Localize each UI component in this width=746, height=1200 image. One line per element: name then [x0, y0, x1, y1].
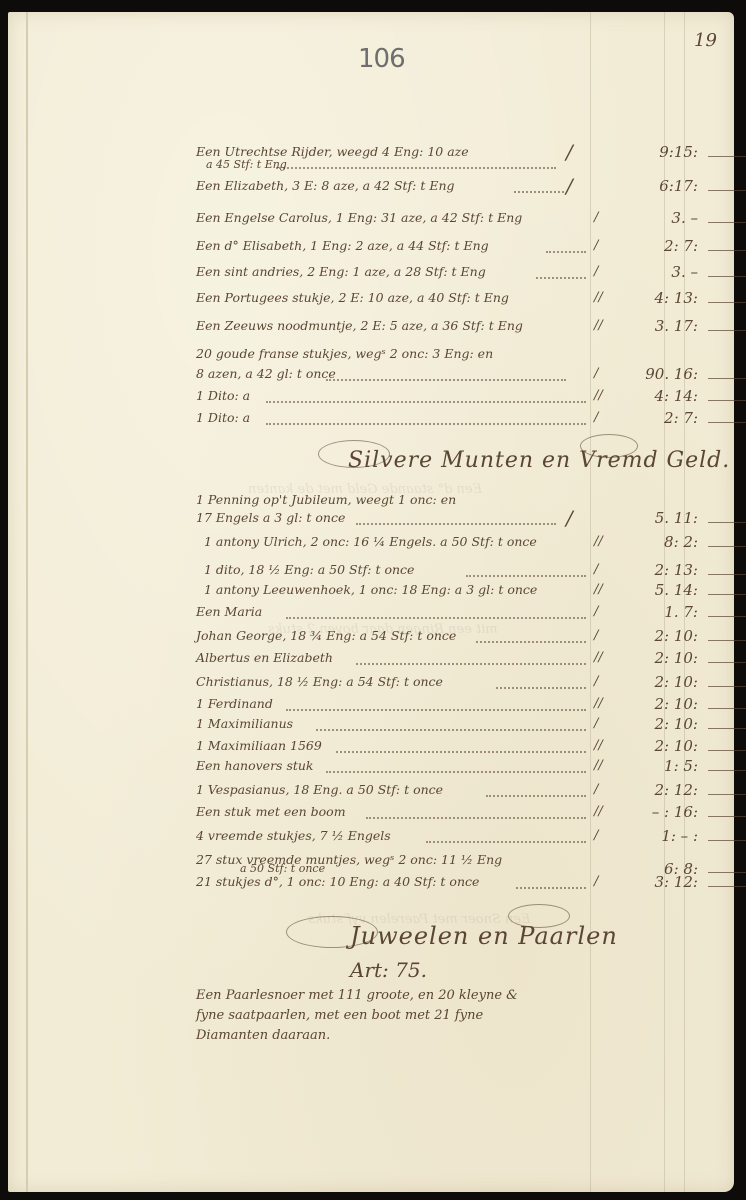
- entry-amount: 90. 16:: [628, 365, 698, 383]
- entry-description: Albertus en Elizabeth: [196, 650, 333, 665]
- leader-dots: [366, 816, 586, 819]
- leader-dots: [326, 378, 566, 381]
- entry-description: 1 Penning op't Jubileum, weegt 1 onc: en: [196, 492, 456, 507]
- ledger-row: Een d° Elisabeth, 1 Eng: 2 aze, a 44 Stf…: [196, 238, 716, 260]
- entry-amount: 2: 10:: [628, 673, 698, 691]
- section-heading-jewels: Juweelen en Paarlen: [350, 922, 618, 950]
- leader-dots: [356, 662, 586, 665]
- entry-amount: 6:17:: [628, 177, 698, 195]
- ledger-row: 8 azen, a 42 gl: t once / 90. 16:: [196, 366, 716, 388]
- entry-amount: 3: 12:: [628, 873, 698, 891]
- entry-amount: 9:15:: [628, 143, 698, 161]
- entry-description: Een Portugees stukje, 2 E: 10 aze, a 40 …: [196, 290, 509, 305]
- amount-rule: [708, 840, 746, 841]
- entry-amount: 5. 11:: [628, 509, 698, 527]
- entry-description: 17 Engels a 3 gl: t once: [196, 510, 345, 525]
- leader-dots: [356, 522, 556, 525]
- ledger-row: 1 Maximilianus / 2: 10:: [196, 716, 716, 738]
- ledger-row: 1 Dito: a // 4: 14:: [196, 388, 716, 410]
- article-number: Art: 75.: [350, 958, 427, 982]
- tick-mark: /: [566, 174, 573, 198]
- entry-description: Een hanovers stuk: [196, 758, 314, 773]
- entry-description: 1 Ferdinand: [196, 696, 273, 711]
- tick-mark: //: [594, 582, 603, 597]
- entry-description: 1 Dito: a: [196, 388, 250, 403]
- entry-amount: 2: 7:: [628, 409, 698, 427]
- ledger-row: 1 Vespasianus, 18 Eng. a 50 Stf: t once …: [196, 782, 716, 804]
- leader-dots: [426, 840, 586, 843]
- jewels-text-line: Diamanten daaraan.: [196, 1028, 330, 1043]
- tick-mark: /: [594, 828, 598, 843]
- tick-mark: //: [594, 318, 603, 333]
- amount-rule: [708, 640, 746, 641]
- leader-dots: [326, 770, 586, 773]
- tick-mark: //: [594, 534, 603, 549]
- leader-dots: [514, 190, 564, 193]
- entry-description: Johan George, 18 ¾ Eng: a 54 Stf: t once: [196, 628, 456, 643]
- entry-amount: 2: 10:: [628, 715, 698, 733]
- amount-rule: [708, 686, 746, 687]
- ledger-row: 1 antony Leeuwenhoek, 1 onc: 18 Eng: a 3…: [196, 582, 716, 604]
- leader-dots: [536, 276, 586, 279]
- leader-dots: [496, 686, 586, 689]
- amount-rule: [708, 574, 746, 575]
- amount-rule: [708, 708, 746, 709]
- leader-dots: [476, 640, 586, 643]
- tick-mark: //: [594, 696, 603, 711]
- entry-description: 8 azen, a 42 gl: t once: [196, 366, 336, 381]
- ledger-row: 1 Dito: a / 2: 7:: [196, 410, 716, 432]
- tick-mark: /: [566, 506, 573, 530]
- entry-description: Een Engelse Carolus, 1 Eng: 31 aze, a 42…: [196, 210, 522, 225]
- amount-rule: [708, 330, 746, 331]
- tick-mark: //: [594, 650, 603, 665]
- entry-description: 4 vreemde stukjes, 7 ½ Engels: [196, 828, 391, 843]
- amount-rule: [708, 872, 746, 873]
- amount-rule: [708, 794, 746, 795]
- leader-dots: [486, 794, 586, 797]
- entry-rate: a 45 Stf: t Eng: [206, 158, 287, 171]
- entry-amount: 4: 14:: [628, 387, 698, 405]
- amount-rule: [708, 222, 746, 223]
- leader-dots: [316, 728, 586, 731]
- entry-description: Een Zeeuws noodmuntje, 2 E: 5 aze, a 36 …: [196, 318, 523, 333]
- amount-rule: [708, 522, 746, 523]
- tick-mark: //: [594, 290, 603, 305]
- ledger-row: a 50 Stf: t once 21 stukjes d°, 1 onc: 1…: [196, 874, 716, 896]
- leader-dots: [286, 616, 586, 619]
- entry-amount: – : 16:: [628, 803, 698, 821]
- tick-mark: /: [594, 238, 598, 253]
- amount-rule: [708, 546, 746, 547]
- entry-amount: 2: 12:: [628, 781, 698, 799]
- entry-amount: 3. –: [628, 209, 698, 227]
- ledger-row: Een Portugees stukje, 2 E: 10 aze, a 40 …: [196, 290, 716, 312]
- entry-amount: 1: – :: [628, 827, 698, 845]
- entry-description: 1 antony Ulrich, 2 onc: 16 ¼ Engels. a 5…: [204, 534, 537, 549]
- tick-mark: /: [594, 410, 598, 425]
- ledger-row: Johan George, 18 ¾ Eng: a 54 Stf: t once…: [196, 628, 716, 650]
- ledger-row: Albertus en Elizabeth // 2: 10:: [196, 650, 716, 672]
- tick-mark: /: [566, 140, 573, 164]
- tick-mark: /: [594, 716, 598, 731]
- tick-mark: /: [594, 264, 598, 279]
- amount-rule: [708, 616, 746, 617]
- leader-dots: [516, 886, 586, 889]
- amount-rule: [708, 156, 746, 157]
- jewels-text-line: Een Paarlesnoer met 111 groote, en 20 kl…: [196, 988, 518, 1003]
- entry-amount: 2: 10:: [628, 695, 698, 713]
- amount-rule: [708, 886, 746, 887]
- ledger-row: Een Engelse Carolus, 1 Eng: 31 aze, a 42…: [196, 210, 716, 232]
- amount-rule: [708, 276, 746, 277]
- ledger-row: Een Zeeuws noodmuntje, 2 E: 5 aze, a 36 …: [196, 318, 716, 340]
- entry-description: Een sint andries, 2 Eng: 1 aze, a 28 Stf…: [196, 264, 486, 279]
- entry-description: 21 stukjes d°, 1 onc: 10 Eng: a 40 Stf: …: [196, 874, 479, 889]
- amount-rule: [708, 250, 746, 251]
- leader-dots: [276, 166, 556, 169]
- tick-mark: /: [594, 674, 598, 689]
- leader-dots: [466, 574, 586, 577]
- entry-description: 1 Maximiliaan 1569: [196, 738, 322, 753]
- amount-rule: [708, 728, 746, 729]
- ledger-row: Een stuk met een boom // – : 16:: [196, 804, 716, 826]
- entry-amount: 3. 17:: [628, 317, 698, 335]
- amount-rule: [708, 662, 746, 663]
- entry-description: 1 Dito: a: [196, 410, 250, 425]
- entry-amount: 3. –: [628, 263, 698, 281]
- tick-mark: //: [594, 804, 603, 819]
- ledger-row: Christianus, 18 ½ Eng: a 54 Stf: t once …: [196, 674, 716, 696]
- amount-rule: [708, 378, 746, 379]
- entry-amount: 2: 13:: [628, 561, 698, 579]
- entry-description: 1 Vespasianus, 18 Eng. a 50 Stf: t once: [196, 782, 443, 797]
- entry-amount: 5. 14:: [628, 581, 698, 599]
- amount-rule: [708, 190, 746, 191]
- entry-description: Een stuk met een boom: [196, 804, 346, 819]
- entry-description: Een Utrechtse Rijder, weegd 4 Eng: 10 az…: [196, 144, 469, 159]
- amount-rule: [708, 422, 746, 423]
- tick-mark: /: [594, 366, 598, 381]
- tick-mark: /: [594, 782, 598, 797]
- amount-rule: [708, 770, 746, 771]
- ledger-row: Een Maria / 1. 7:: [196, 604, 716, 626]
- entry-amount: 4: 13:: [628, 289, 698, 307]
- tick-mark: //: [594, 758, 603, 773]
- entry-description: 1 antony Leeuwenhoek, 1 onc: 18 Eng: a 3…: [204, 582, 537, 597]
- section-heading-silver: Silvere Munten en Vremd Geld.: [348, 448, 730, 473]
- amount-rule: [708, 594, 746, 595]
- entry-amount: 2: 7:: [628, 237, 698, 255]
- leader-dots: [266, 400, 586, 403]
- amount-rule: [708, 302, 746, 303]
- leader-dots: [546, 250, 586, 253]
- tick-mark: //: [594, 388, 603, 403]
- ledger-row: Een hanovers stuk // 1: 5:: [196, 758, 716, 780]
- entry-amount: 1. 7:: [628, 603, 698, 621]
- ledger-row: Een Elizabeth, 3 E: 8 aze, a 42 Stf: t E…: [196, 178, 716, 200]
- ledger-row: 4 vreemde stukjes, 7 ½ Engels / 1: – :: [196, 828, 716, 850]
- amount-rule: [708, 400, 746, 401]
- jewels-text-line: fyne saatpaarlen, met een boot met 21 fy…: [196, 1008, 483, 1023]
- entry-amount: 2: 10:: [628, 737, 698, 755]
- tick-mark: /: [594, 604, 598, 619]
- entry-description: 1 Maximilianus: [196, 716, 293, 731]
- entry-amount: 8: 2:: [628, 533, 698, 551]
- ledger-entries: Een Utrechtse Rijder, weegd 4 Eng: 10 az…: [0, 0, 746, 1200]
- leader-dots: [266, 422, 586, 425]
- ledger-row: 17 Engels a 3 gl: t once / 5. 11:: [196, 510, 716, 532]
- entry-description: Een Elizabeth, 3 E: 8 aze, a 42 Stf: t E…: [196, 178, 455, 193]
- amount-rule: [708, 750, 746, 751]
- amount-rule: [708, 816, 746, 817]
- ledger-row: 1 antony Ulrich, 2 onc: 16 ¼ Engels. a 5…: [196, 534, 716, 556]
- entry-description: Een Maria: [196, 604, 262, 619]
- tick-mark: //: [594, 738, 603, 753]
- entry-amount: 2: 10:: [628, 627, 698, 645]
- entry-description: 20 goude franse stukjes, wegˢ 2 onc: 3 E…: [196, 346, 493, 361]
- tick-mark: /: [594, 628, 598, 643]
- tick-mark: /: [594, 562, 598, 577]
- entry-amount: 2: 10:: [628, 649, 698, 667]
- entry-description: Christianus, 18 ½ Eng: a 54 Stf: t once: [196, 674, 443, 689]
- leader-dots: [286, 708, 586, 711]
- entry-amount: 1: 5:: [628, 757, 698, 775]
- leader-dots: [336, 750, 586, 753]
- tick-mark: /: [594, 210, 598, 225]
- tick-mark: /: [594, 874, 598, 889]
- entry-description: Een d° Elisabeth, 1 Eng: 2 aze, a 44 Stf…: [196, 238, 489, 253]
- entry-description: 1 dito, 18 ½ Eng: a 50 Stf: t once: [204, 562, 414, 577]
- ledger-row: Een sint andries, 2 Eng: 1 aze, a 28 Stf…: [196, 264, 716, 286]
